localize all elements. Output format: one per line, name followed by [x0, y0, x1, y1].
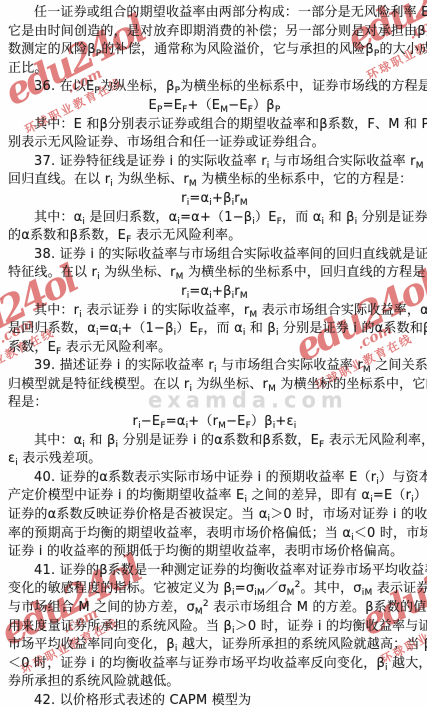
formula-line: EP=EF+（EM−EF）βP [8, 97, 421, 116]
text-line: 系数，EF 表示无风险利率。 [8, 339, 421, 358]
text-line: 归模型就是特征线模型。在以 ri 为纵坐标、rM 为横坐标的坐标系中，它的方 [8, 376, 421, 395]
text-line: 37. 证券特征线是证券 i 的实际收益率 ri 与市场组合实际收益率 rM 间… [8, 153, 421, 172]
text-line: 是回归系数，αi=αi+（1−βi）EF，而 αi 和 βi 分别是证券 i 的… [8, 320, 421, 339]
text-line: 39. 描述证券 i 的实际收益率 ri 与市场组合实际收益率 rM 之间关系的… [8, 357, 421, 376]
text-line: ＜0 时，证券 i 的均衡收益率与证券市场平均收益率反向变化，βi 越大，证 [8, 655, 421, 674]
text-line: 其中：ri 表示证券 i 的实际收益率，rM 表示市场组合实际收益率，αi [8, 302, 421, 321]
text-line: 券所承担的系统风险就越低。 [8, 673, 421, 692]
text-line: 正比。 [8, 60, 421, 79]
text-line: 率的预期高于均衡的期望收益率，表明市场价格偏低；当 αi＜0 时，市场对 [8, 525, 421, 544]
text-line: 产定价模型中证券 i 的均衡期望收益率 Ei 之间的差异，即有 αi=E（ri）… [8, 487, 421, 506]
text-line: 36. 在以EP为纵坐标，βP为横坐标的坐标系中，证券市场线的方程是 [8, 78, 421, 97]
text-line: 它是由时间创造的，是对放弃即期消费的补偿；另一部分则是对承担由β系 [8, 23, 421, 42]
text-line: 别表示无风险证券、市场组合和任一证券或证券组合。 [8, 134, 421, 153]
document-body: 任一证券或组合的期望收益率由两部分构成：一部分是无风险利率 EF，它是由时间创造… [0, 0, 427, 708]
text-line: 回归直线。在以 ri 为纵坐标、rM 为横坐标的坐标系中，它的方程是： [8, 171, 421, 190]
formula-line: ri=αi+βirM [8, 190, 421, 209]
text-line: 证券的α系数反映证券价格是否被误定。当 αi＞0 时，市场对证券 i 的收益 [8, 506, 421, 525]
scanned-page: { "page": {"background": "#fefefe", "tex… [0, 0, 427, 708]
formula-line: ri=αi+βirM [8, 283, 421, 302]
text-line: 用来度量证券所承担的系统风险。当 βi＞0 时，证券 i 的均衡收益率与证券 [8, 618, 421, 637]
text-line: 数测定的风险βP的补偿，通常称为风险溢价，它与承担的风险βP的大小成 [8, 41, 421, 60]
text-line: 与市场组合 M 之间的协方差，σM2 表示市场组合 M 的方差。β系数的值可以 [8, 599, 421, 618]
text-line: 的α系数和β系数，EF 表示无风险利率。 [8, 227, 421, 246]
text-line: 证券 i 的收益率的预期低于均衡的期望收益率，表明市场价格偏高。 [8, 543, 421, 562]
text-line: 特征线。在以 ri 为纵坐标、rM 为横坐标的坐标系中，回归直线的方程是： [8, 264, 421, 283]
text-line: 40. 证券的α系数表示实际市场中证券 i 的预期收益率 E（ri）与资本资 [8, 469, 421, 488]
formula-line: ri−EF=αi+（rM−EF）βi+εi [8, 413, 421, 432]
text-line: 程是： [8, 394, 421, 413]
text-line: 42. 以价格形式表述的 CAPM 模型为 [8, 692, 421, 708]
text-line: 38. 证券 i 的实际收益率与市场组合实际收益率间的回归直线就是证券 [8, 246, 421, 265]
text-line: 其中：αi 和 βi 分别是证券 i 的α系数和β系数，EF 表示无风险利率， [8, 432, 421, 451]
text-line: εi 表示残差项。 [8, 450, 421, 469]
text-line: 41. 证券的β系数是一种测定证券的均衡收益率对证券市场平均收益率 [8, 562, 421, 581]
text-line: 变化的敏感程度的指标。它被定义为 βi=σiM／σM2。其中，σiM 表示证券 … [8, 580, 421, 599]
text-line: 其中：αi 是回归系数，αi=α+（1−βi）EF，而 αi 和 βi 分别是证… [8, 209, 421, 228]
text-line: 任一证券或组合的期望收益率由两部分构成：一部分是无风险利率 EF， [8, 4, 421, 23]
text-line: 市场平均收益率同向变化，βi 越大，证券所承担的系统风险就越高；当 βi [8, 636, 421, 655]
text-line: 其中：E 和β分别表示证券或组合的期望收益率和β系数，F、M 和 P 分 [8, 116, 421, 135]
